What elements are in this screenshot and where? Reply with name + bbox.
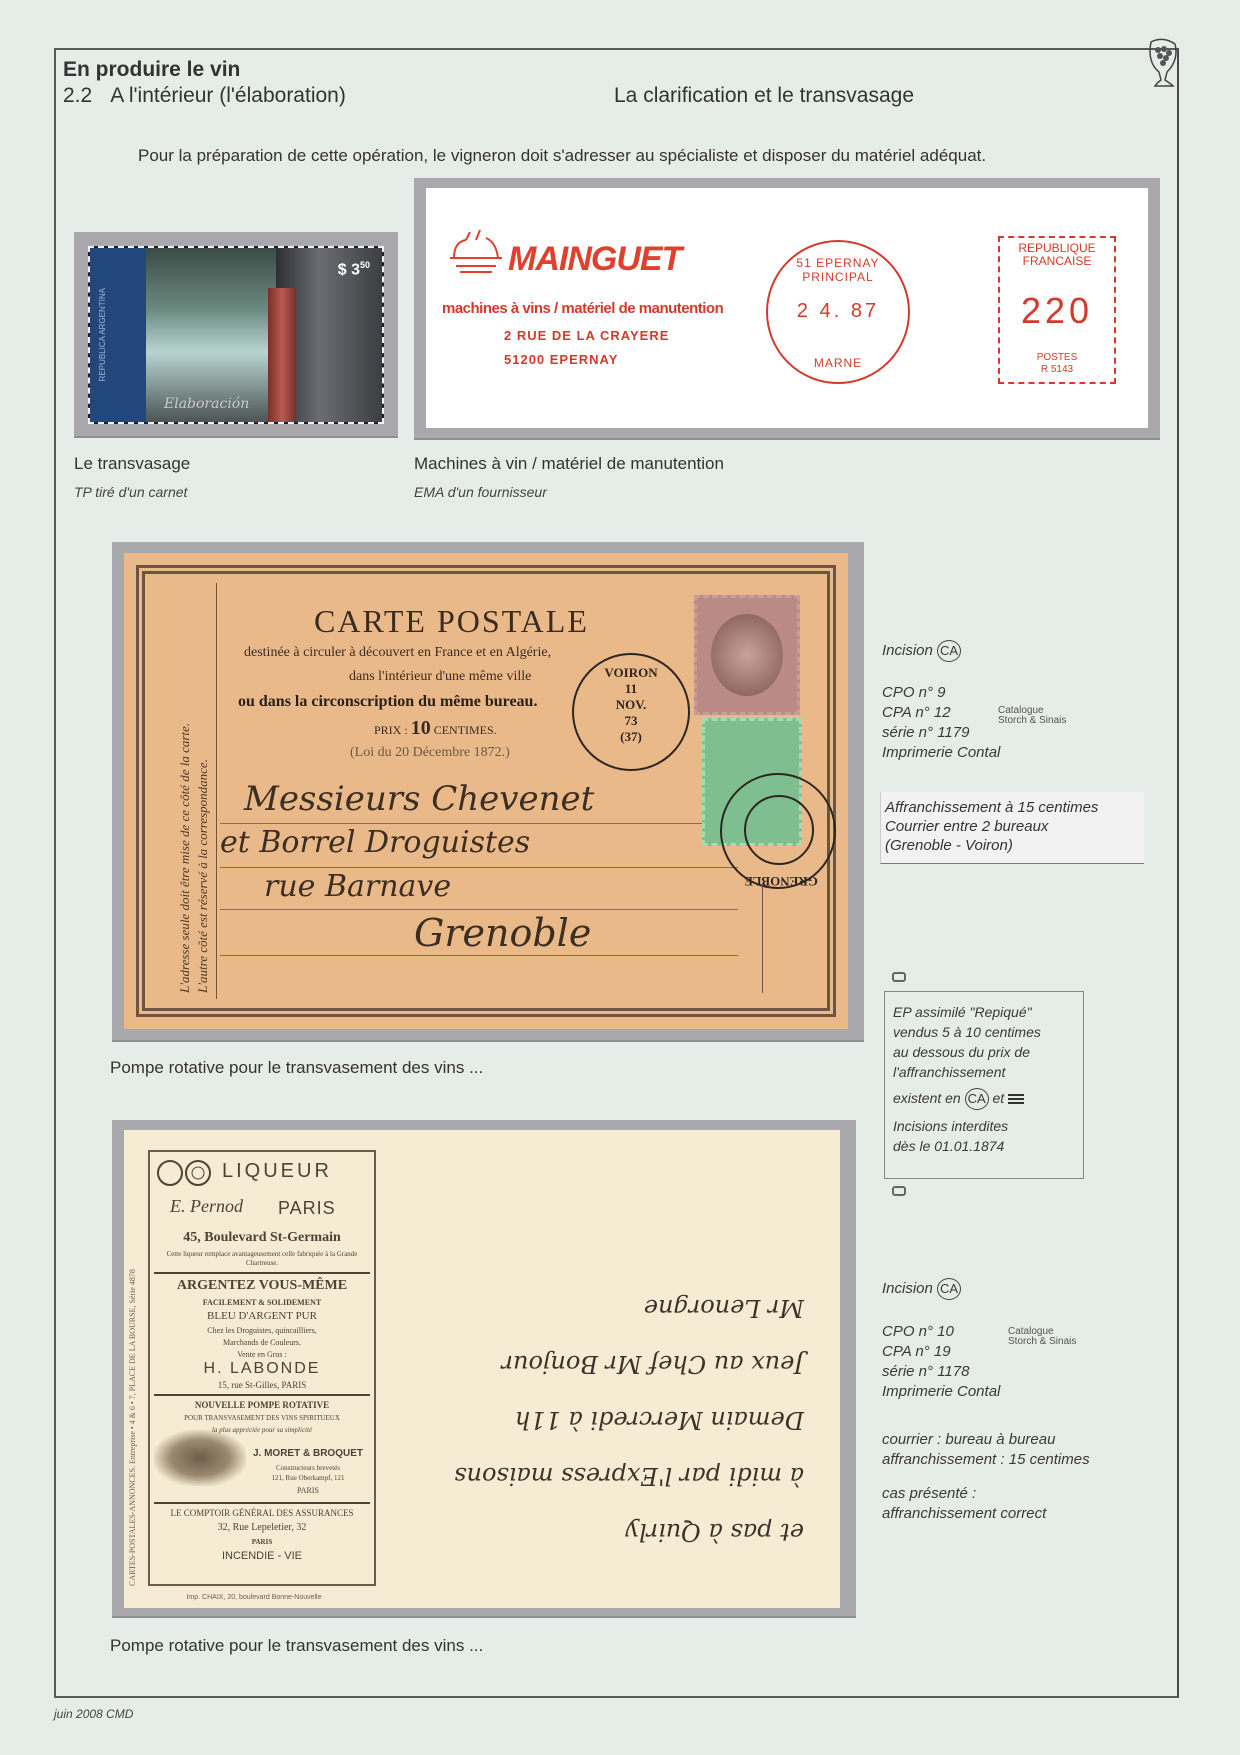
page-title: En produire le vin (63, 58, 240, 82)
meter-caption: Machines à vin / matériel de manutention (414, 454, 724, 474)
catalogue-note-2: CatalogueStorch & Sinais (1008, 1327, 1076, 1347)
ad-side-strip: CARTES-POSTALES-ANNONCES. Entreprise • 4… (128, 1150, 146, 1586)
stamp-script: Elaboración (164, 396, 249, 412)
medals-icon (156, 1158, 216, 1188)
meter-mark: MAINGUET machines à vins / matériel de m… (426, 188, 1148, 428)
repique-note: EP assimilé "Repiqué"vendus 5 à 10 centi… (884, 991, 1084, 1179)
wine-press-icon (446, 228, 506, 276)
address-line: Grenoble (414, 911, 591, 955)
stamp-value: $ 350 (338, 260, 370, 279)
postcard1-caption: Pompe rotative pour le transvasement des… (110, 1058, 483, 1078)
pump-hose-image (268, 288, 296, 424)
postcard-side-text: L'adresse seule doit être mise de ce côt… (176, 593, 220, 993)
franking-value: 220 (1000, 290, 1114, 332)
meter-address-1: 2 RUE DE LA CRAYERE (504, 328, 669, 343)
stamp-country: REPUBLICA ARGENTINA (98, 288, 107, 381)
rotary-pump-engraving (154, 1430, 246, 1486)
page-subject: La clarification et le transvasage (614, 84, 914, 108)
franking-box: REPUBLIQUE FRANCAISE 220 POSTESR 5143 (998, 236, 1116, 384)
footer-date-author: juin 2008 CMD (54, 1707, 133, 1721)
postmark-date: 2 4. 87 (768, 300, 908, 323)
intro-text: Pour la préparation de cette opération, … (138, 146, 986, 166)
meter-address-2: 51200 EPERNAY (504, 352, 618, 367)
address-line: Messieurs Chevenet (244, 779, 594, 819)
section-number: 2.2 (63, 84, 92, 107)
section-title: A l'intérieur (l'élaboration) (110, 84, 346, 107)
grape-glass-icon (1143, 36, 1183, 96)
ceres-10c-stamp (694, 595, 800, 715)
bars-icon (1008, 1094, 1024, 1104)
section-heading: 2.2A l'intérieur (l'élaboration) (63, 84, 346, 108)
postcard2-caption: Pompe rotative pour le transvasement des… (110, 1636, 483, 1656)
ca-badge: CA (937, 640, 961, 662)
address-line: rue Barnave (264, 869, 451, 904)
catalogue-numbers-1: CPO n° 9 CPA n° 12 série n° 1179 Imprime… (882, 683, 1000, 763)
case-note: cas présenté : affranchissement correct (882, 1484, 1046, 1524)
catalogue-numbers-2: CPO n° 10 CPA n° 19 série n° 1178 Imprim… (882, 1322, 1000, 1402)
handwritten-message: et pas à Quirly à midi par l'Express mai… (374, 1180, 804, 1560)
meter-tagline: machines à vins / matériel de manutentio… (442, 300, 723, 317)
carte-postale-annonces: CARTES-POSTALES-ANNONCES. Entreprise • 4… (124, 1130, 840, 1608)
affranchissement-note: Affranchissement à 15 centimes Courrier … (880, 792, 1144, 864)
carte-postale-1873: L'adresse seule doit être mise de ce côt… (124, 553, 848, 1029)
incision-label-1: Incision CA (882, 640, 961, 662)
advertising-panel: LIQUEUR E. Pernod PARIS 45, Boulevard St… (148, 1150, 376, 1586)
paperclip-icon (892, 1186, 906, 1196)
epernay-postmark: 51 EPERNAY PRINCIPAL 2 4. 87 MARNE (766, 240, 910, 384)
ca-badge: CA (965, 1088, 989, 1110)
argentina-stamp: REPUBLICA ARGENTINA $ 350 Elaboración (88, 246, 384, 424)
postcard-title: CARTE POSTALE (314, 603, 589, 640)
courier-note: courrier : bureau à bureau affranchissem… (882, 1430, 1090, 1470)
meter-subcaption: EMA d'un fournisseur (414, 484, 547, 500)
paperclip-icon (892, 972, 906, 982)
stamp-caption: Le transvasage (74, 454, 190, 474)
postcard-price: PRIX : 10 CENTIMES. (374, 717, 497, 740)
mainguet-logo: MAINGUET (508, 240, 681, 279)
ca-badge: CA (937, 1278, 961, 1300)
stamp-subcaption: TP tiré d'un carnet (74, 484, 187, 500)
address-line: et Borrel Droguistes (220, 825, 530, 860)
catalogue-note-1: CatalogueStorch & Sinais (998, 706, 1066, 726)
incision-label-2: Incision CA (882, 1278, 961, 1300)
